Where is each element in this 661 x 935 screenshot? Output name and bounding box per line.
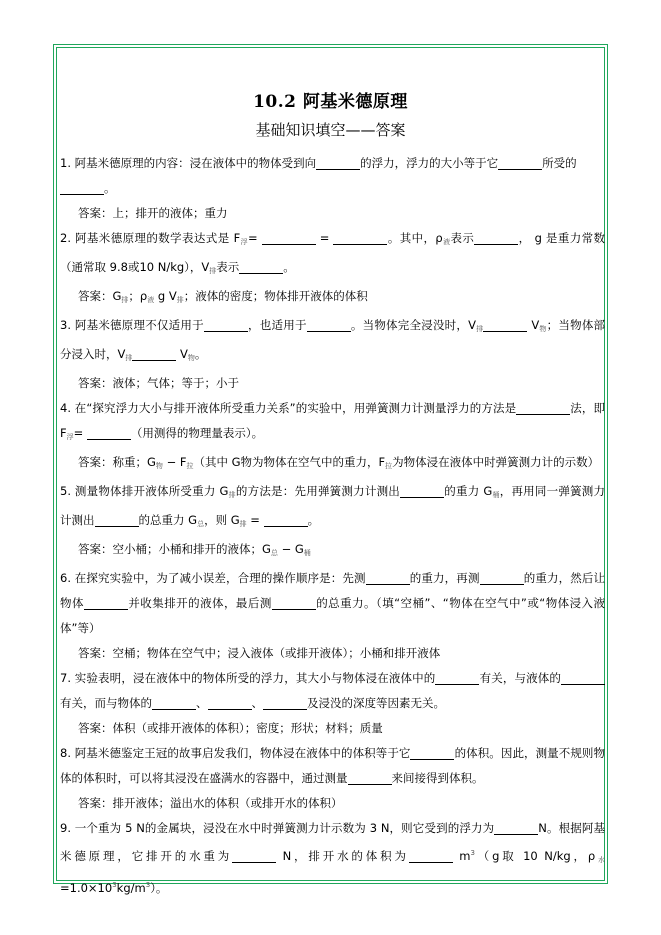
- text: 在“探究浮力大小与排开液体所受重力关系”的实验中，用弹簧测力计测量浮力的方法是: [75, 401, 516, 415]
- subscript: 排: [228, 491, 235, 499]
- text: （g取 10 N/kg，ρ: [475, 849, 595, 863]
- text: 答案：空小桶；小桶和排开的液体；G: [78, 542, 271, 556]
- question-number: 8.: [60, 746, 71, 760]
- text: =: [74, 426, 87, 440]
- text: 的重力 G: [444, 484, 492, 498]
- question-number: 5.: [60, 484, 71, 498]
- question-number: 2.: [60, 231, 71, 245]
- text: 答案：G: [78, 289, 121, 303]
- blank: [264, 512, 308, 527]
- blank: [263, 695, 307, 710]
- question-1: 1. 阿基米德原理的内容：浸在液体中的物体受到向的浮力，浮力的大小等于它所受的。: [60, 151, 605, 201]
- question-2: 2. 阿基米德原理的数学表达式是 F浮= = 。其中，ρ液表示， g 是重力常数…: [60, 226, 605, 284]
- subscript: 桶: [492, 491, 499, 499]
- text: =: [316, 231, 334, 245]
- text: 、: [252, 696, 264, 710]
- blank: [480, 570, 524, 585]
- blank: [152, 695, 196, 710]
- text: N，排开水的体积为: [276, 849, 409, 863]
- blank: [561, 670, 605, 685]
- subscript: 总: [271, 549, 278, 557]
- blank: [262, 230, 316, 245]
- text: 表示: [450, 231, 474, 245]
- blank: [333, 230, 387, 245]
- text: 测量物体排开液体所受重力 G: [75, 484, 229, 498]
- blank: [474, 230, 518, 245]
- blank: [316, 155, 360, 170]
- text: 阿基米德原理不仅适用于: [75, 318, 204, 332]
- blank: [307, 317, 351, 332]
- text: 的方法是：先用弹簧测力计测出: [236, 484, 400, 498]
- text: ；ρ: [128, 289, 147, 303]
- subscript: 物: [539, 325, 546, 333]
- question-number: 9.: [60, 821, 71, 835]
- question-number: 3.: [60, 318, 71, 332]
- text: 所受的: [542, 156, 577, 170]
- subscript: 排: [125, 354, 132, 362]
- question-list: 1. 阿基米德原理的内容：浸在液体中的物体受到向的浮力，浮力的大小等于它所受的。…: [60, 151, 605, 901]
- text: （用测得的物理量表示）。: [131, 426, 263, 440]
- subscript: 浮: [240, 238, 248, 246]
- question-9: 9. 一个重为 5 N的金属块，浸没在水中时弹簧测力计示数为 3 N，则它受到的…: [60, 816, 605, 901]
- text: 一个重为 5 N的金属块，浸没在水中时弹簧测力计示数为 3 N，则它受到的浮力为: [75, 821, 494, 835]
- text: 有关，而与物体的: [60, 696, 152, 710]
- blank: [410, 745, 454, 760]
- answer-8: 答案：排开液体；溢出水的体积（或排开水的体积）: [60, 791, 605, 816]
- answer-4: 答案：称重；G物 − F拉（其中 G物为物体在空气中的重力，F拉为物体浸在液体中…: [60, 450, 605, 479]
- blank: [435, 670, 479, 685]
- text: V: [176, 347, 188, 361]
- text: 实验表明，浸在液体中的物体所受的浮力，其大小与物体浸在液体中的: [75, 671, 436, 685]
- text: − F: [163, 455, 187, 469]
- question-8: 8. 阿基米德鉴定王冠的故事启发我们，物体浸在液体中的体积等于它的体积。因此，测…: [60, 741, 605, 791]
- question-number: 4.: [60, 401, 71, 415]
- subscript: 物: [156, 462, 163, 470]
- blank: [494, 820, 538, 835]
- text: 在探究实验中，为了减小误差，合理的操作顺序是：先测: [75, 571, 366, 585]
- subscript: 物: [188, 354, 195, 362]
- text: 为物体浸在液体中时弹簧测力计的示数）: [392, 455, 599, 469]
- answer-3: 答案：液体；气体；等于；小于: [60, 371, 605, 396]
- text: 来间接得到体积。: [392, 771, 484, 785]
- text: （其中 G物为物体在空气中的重力，F: [193, 455, 385, 469]
- text: 。其中，ρ: [387, 231, 442, 245]
- text: 。: [308, 513, 320, 527]
- answer-2: 答案：G排；ρ液 g V排；液体的密度；物体排开液体的体积: [60, 284, 605, 313]
- text: 阿基米德鉴定王冠的故事启发我们，物体浸在液体中的体积等于它: [75, 746, 411, 760]
- blank: [483, 317, 527, 332]
- blank: [204, 317, 248, 332]
- text: 并收集排开的液体，最后测: [128, 596, 272, 610]
- text: − G: [278, 542, 304, 556]
- blank: [208, 695, 252, 710]
- text: 及浸没的深度等因素无关。: [307, 696, 445, 710]
- text: =: [248, 231, 262, 245]
- text: kg/m: [117, 881, 146, 895]
- blank: [232, 848, 276, 863]
- document-title: 10.2 阿基米德原理: [0, 87, 661, 112]
- text: 有关，与液体的: [479, 671, 561, 685]
- subscript: 浮: [67, 433, 74, 441]
- text: ，则 G: [204, 513, 240, 527]
- question-7: 7. 实验表明，浸在液体中的物体所受的浮力，其大小与物体浸在液体中的有关，与液体…: [60, 666, 605, 716]
- subscript: 桶: [304, 549, 311, 557]
- question-number: 6.: [60, 571, 71, 585]
- text: 表示: [216, 260, 239, 274]
- text: 的重力，再测: [410, 571, 480, 585]
- text: 阿基米德原理的内容：浸在液体中的物体受到向: [75, 156, 317, 170]
- blank: [272, 595, 316, 610]
- text: 。: [195, 347, 207, 361]
- text: 。: [283, 260, 295, 274]
- text: 的总重力 G: [139, 513, 198, 527]
- text: m: [453, 849, 471, 863]
- blank: [400, 483, 444, 498]
- subscript: 排: [476, 325, 483, 333]
- answer-6: 答案：空桶；物体在空气中；浸入液体（或排开液体）；小桶和排开液体: [60, 641, 605, 666]
- answer-5: 答案：空小桶；小桶和排开的液体；G总 − G桶: [60, 537, 605, 566]
- text: 阿基米德原理的数学表达式是 F: [75, 231, 240, 245]
- question-4: 4. 在“探究浮力大小与排开液体所受重力关系”的实验中，用弹簧测力计测量浮力的方…: [60, 396, 605, 450]
- text: ）。: [150, 881, 167, 895]
- blank: [348, 770, 392, 785]
- subscript: 排: [240, 520, 247, 528]
- question-6: 6. 在探究实验中，为了减小误差，合理的操作顺序是：先测的重力，再测的重力，然后…: [60, 566, 605, 641]
- question-5: 5. 测量物体排开液体所受重力 G排的方法是：先用弹簧测力计测出的重力 G桶，再…: [60, 479, 605, 537]
- text: V: [527, 318, 539, 332]
- text: =: [247, 513, 264, 527]
- text: 答案：称重；G: [78, 455, 156, 469]
- answer-7: 答案：体积（或排开液体的体积）；密度；形状；材料；质量: [60, 716, 605, 741]
- blank: [498, 155, 542, 170]
- blank: [409, 848, 453, 863]
- question-number: 7.: [60, 671, 71, 685]
- text: 。: [104, 181, 116, 195]
- blank: [239, 259, 283, 274]
- text: g V: [154, 289, 176, 303]
- blank: [87, 425, 131, 440]
- blank: [366, 570, 410, 585]
- text: ；液体的密度；物体排开液体的体积: [184, 289, 368, 303]
- question-3: 3. 阿基米德原理不仅适用于，也适用于。当物体完全浸没时，V排 V物；当物体部分…: [60, 313, 605, 371]
- text: 的浮力，浮力的大小等于它: [360, 156, 498, 170]
- blank: [95, 512, 139, 527]
- text: 。当物体完全浸没时，V: [351, 318, 476, 332]
- answer-1: 答案：上；排开的液体；重力: [60, 201, 605, 226]
- blank: [132, 346, 176, 361]
- subscript: 排: [177, 296, 184, 304]
- blank: [516, 400, 570, 415]
- blank: [60, 180, 104, 195]
- text: 、: [196, 696, 208, 710]
- text: ，也适用于: [248, 318, 307, 332]
- document-subtitle: 基础知识填空——答案: [0, 119, 661, 140]
- blank: [84, 595, 128, 610]
- question-number: 1.: [60, 156, 71, 170]
- subscript: 水: [595, 856, 605, 864]
- text: =1.0×10: [60, 881, 112, 895]
